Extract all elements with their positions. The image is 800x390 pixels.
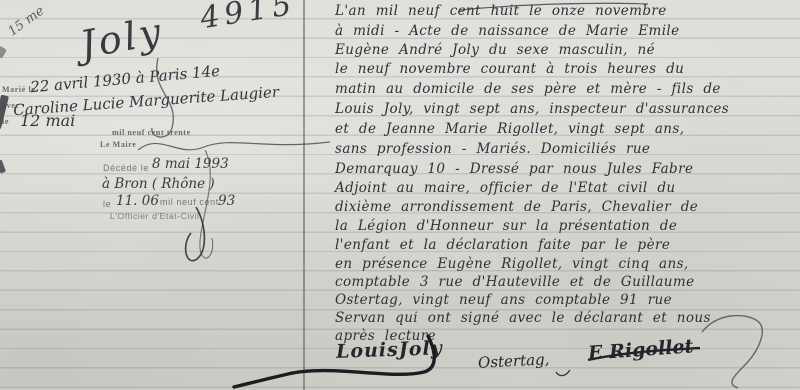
act-line: sans profession - Mariés. Domiciliés rue	[335, 141, 650, 157]
act-line: matin au domicile de ses père et mère - …	[335, 81, 721, 97]
act-line: Servan qui ont signé avec le déclarant e…	[335, 310, 711, 326]
act-number: 4915	[198, 0, 299, 36]
act-text-column: L'an mil neuf cent huit le onze novembre…	[335, 0, 800, 390]
stamp-decede-le: Décédé le	[103, 163, 149, 173]
act-line: l'enfant et la déclaration faite par le …	[335, 237, 670, 253]
act-line: Eugène André Joly du sexe masculin, né	[335, 42, 655, 58]
margin-family-name: Joly	[77, 9, 167, 67]
stamp-mil-neuf-cent: mil neuf cent	[160, 197, 219, 207]
death-place: à Bron ( Rhône )	[102, 176, 215, 192]
stamp-le-registered: le	[103, 199, 111, 209]
stamp-le: le	[2, 117, 9, 126]
margin-divider-line	[303, 0, 305, 390]
stamp-le-maire: Le Maire	[100, 140, 136, 149]
act-line: en présence Eugène Rigollet, vingt cinq …	[335, 256, 689, 272]
marriage-day-line: 12 mai	[20, 111, 75, 130]
act-line: dixième arrondissement de Paris, Chevali…	[335, 199, 698, 215]
register-page: 15 me Joly 4915 Marié le avec le 22 avri…	[0, 0, 800, 390]
act-line: comptable 3 rue d'Hauteville et de Guill…	[335, 274, 695, 290]
act-line: la Légion d'Honneur sur la présentation …	[335, 218, 677, 234]
act-line: L'an mil neuf cent huit le onze novembre	[335, 3, 667, 19]
act-line: à midi - Acte de naissance de Marie Emil…	[335, 23, 680, 39]
act-line: le neuf novembre courant à trois heures …	[335, 61, 684, 77]
act-line: et de Jeanne Marie Rigollet, vingt sept …	[335, 121, 684, 137]
death-registration-day: 11. 06	[116, 193, 159, 209]
act-line: Adjoint au maire, officier de l'Etat civ…	[335, 180, 675, 196]
stamp-year-trente: mil neuf cent trente	[112, 128, 191, 137]
death-year-suffix: 93	[218, 193, 235, 209]
act-line: Demarquay 10 - Dressé par nous Jules Fab…	[335, 161, 693, 177]
signature-declarant: LouisJoly	[336, 337, 443, 363]
scan-artifact	[0, 159, 6, 173]
act-line: Louis Joly, vingt sept ans, inspecteur d…	[335, 101, 729, 117]
signature-witness-ostertag: Ostertag,	[478, 350, 550, 372]
corner-district-note: 15 me	[5, 3, 47, 39]
death-date: 8 mai 1993	[152, 156, 229, 172]
maire-signature-flourish	[138, 142, 330, 150]
stamp-officier-etat-civil: L'Officier d'Etat-Civil	[110, 211, 200, 221]
act-line: Ostertag, vingt neuf ans comptable 91 ru…	[335, 292, 672, 308]
scan-artifact	[0, 45, 7, 58]
